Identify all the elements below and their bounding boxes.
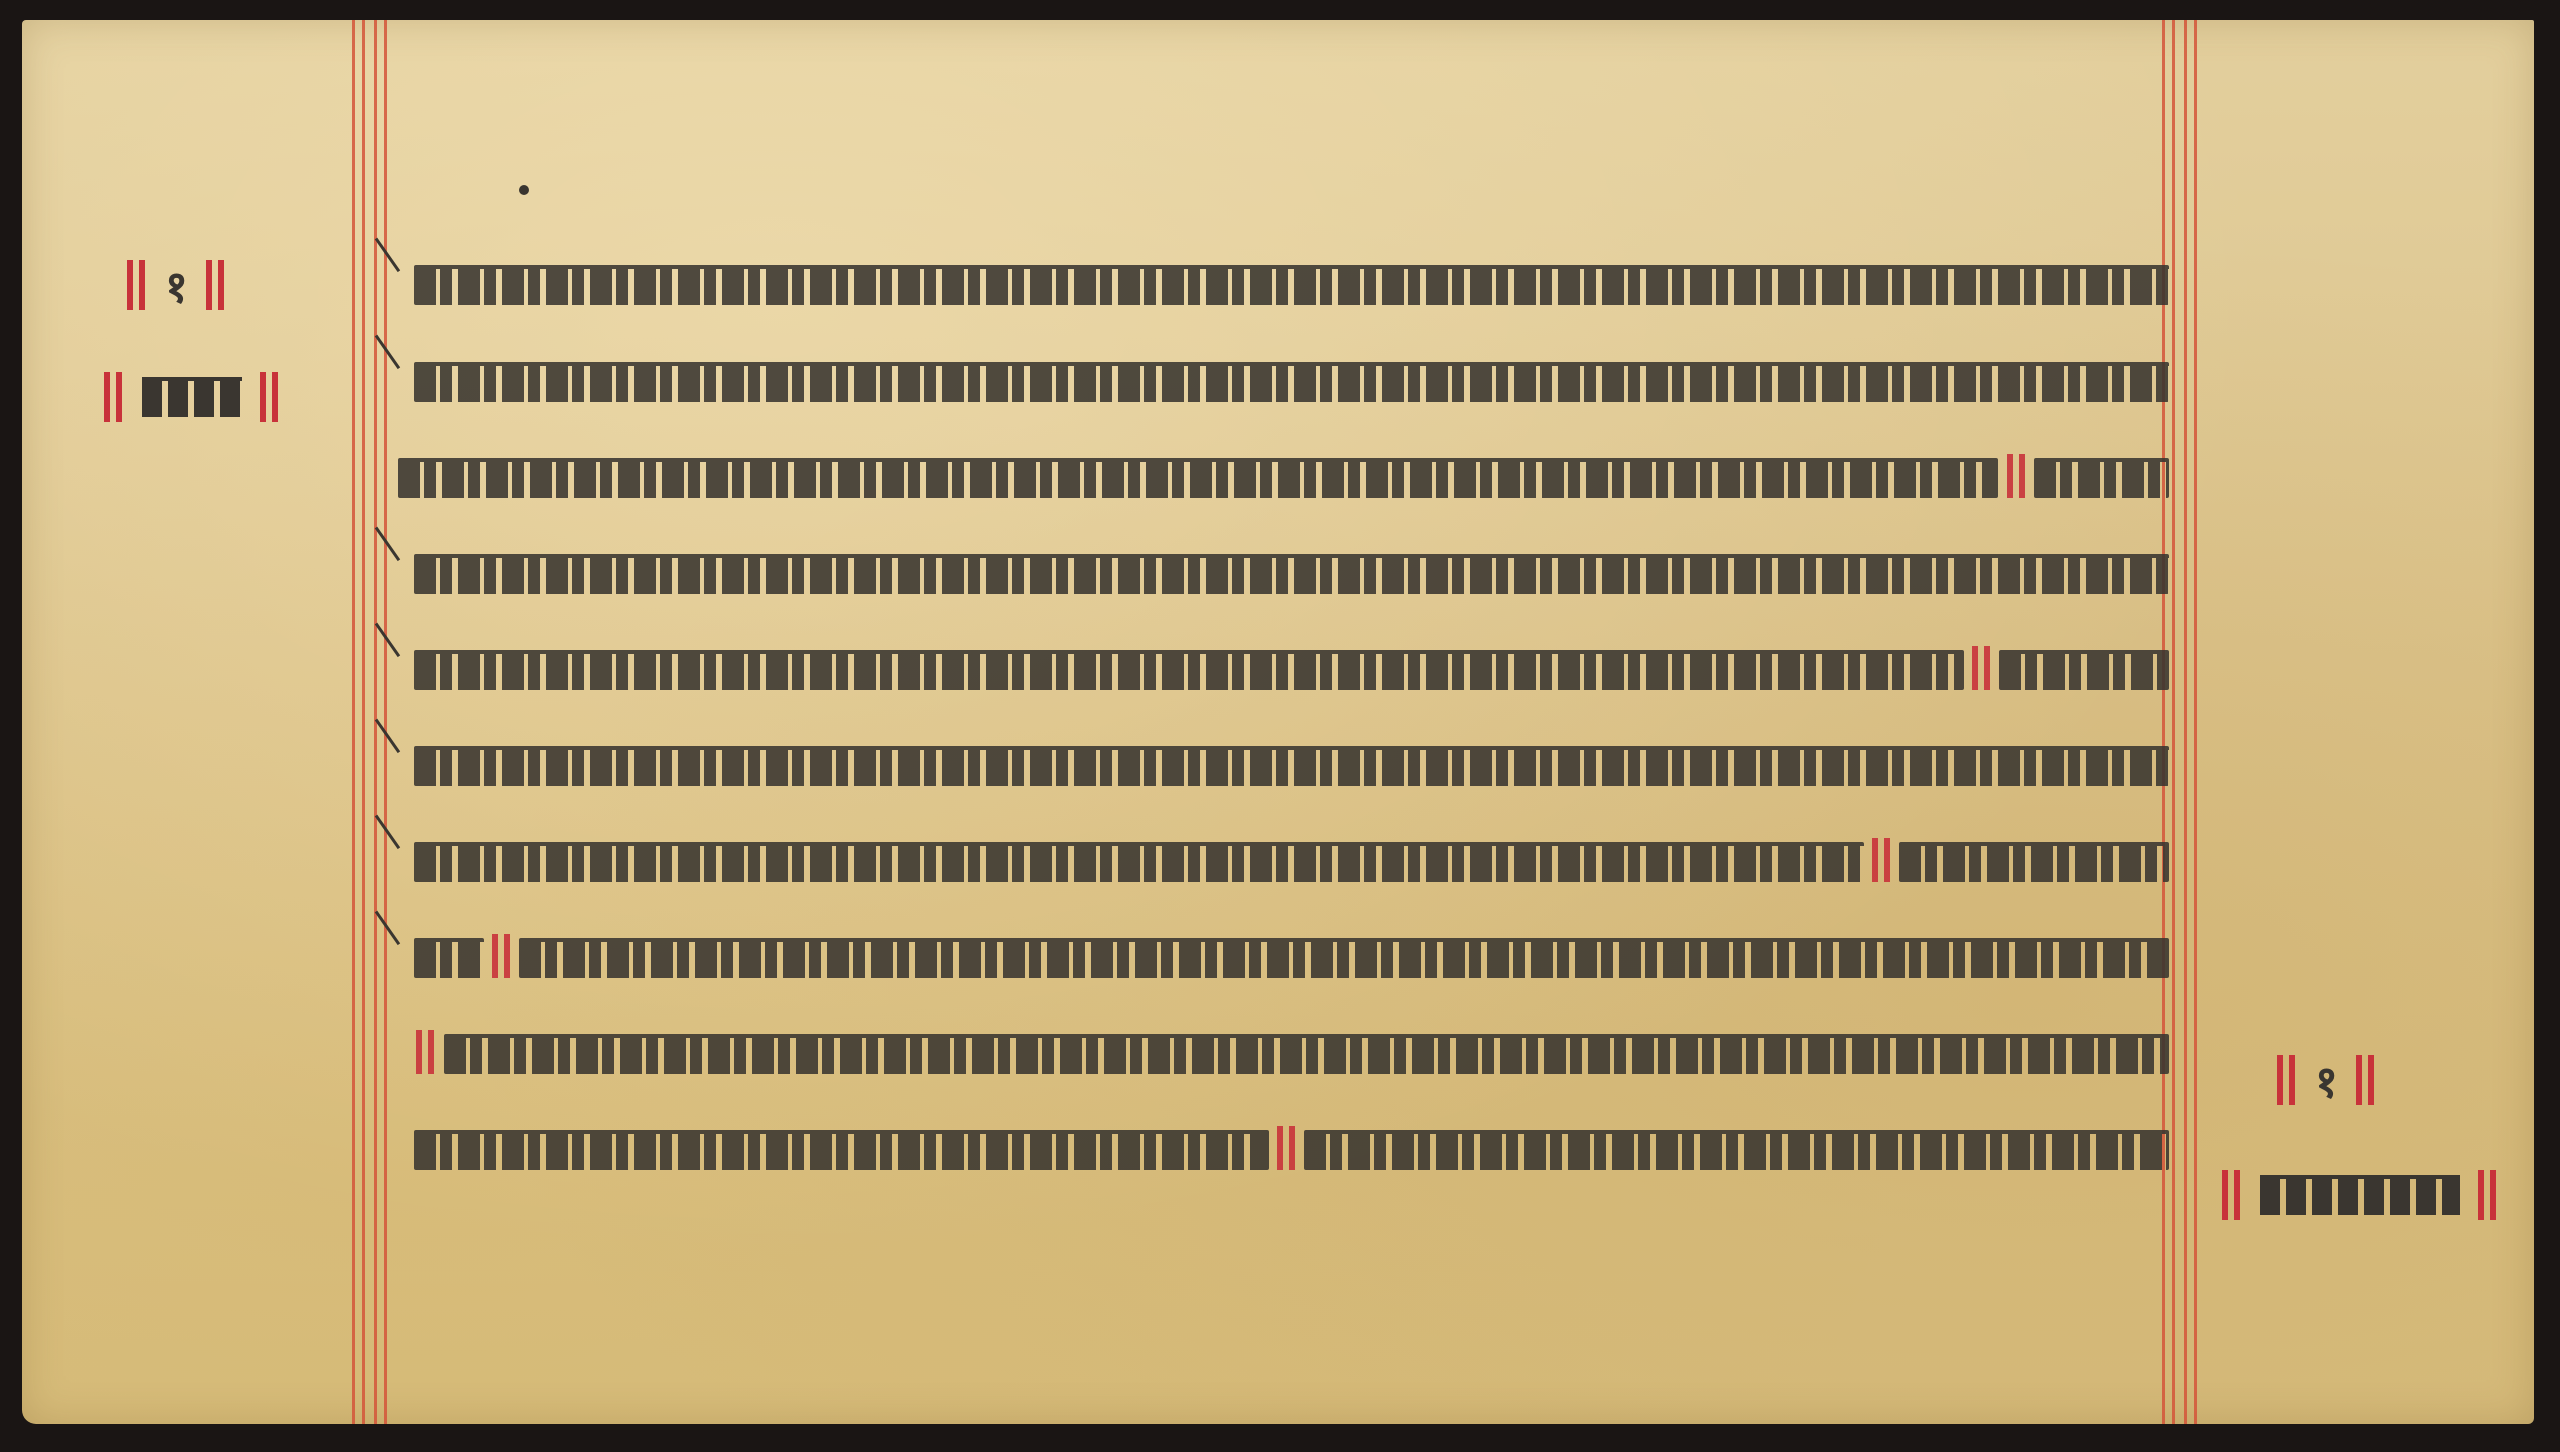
script-text bbox=[1999, 650, 2169, 690]
text-line-8 bbox=[394, 928, 2174, 986]
script-text bbox=[1899, 842, 2169, 882]
script-text bbox=[519, 938, 2169, 978]
double-danda-mark bbox=[2277, 1055, 2297, 1105]
double-danda-mark bbox=[2478, 1170, 2498, 1220]
text-line-5 bbox=[394, 640, 2174, 698]
right-margin-folio-number: १ bbox=[2277, 1050, 2376, 1110]
left-ruling-line bbox=[384, 20, 387, 1424]
line-hook-mark bbox=[375, 911, 400, 945]
margin-label-word bbox=[142, 377, 242, 417]
double-danda-mark bbox=[260, 372, 280, 422]
text-line-9 bbox=[394, 1024, 2174, 1082]
left-margin-label bbox=[104, 372, 280, 422]
double-danda-mark bbox=[2007, 454, 2027, 498]
text-line-6 bbox=[394, 736, 2174, 794]
double-danda-mark bbox=[2222, 1170, 2242, 1220]
double-danda-mark bbox=[1277, 1126, 1297, 1170]
script-text bbox=[414, 842, 1864, 882]
text-block bbox=[394, 20, 2174, 1424]
script-text bbox=[414, 554, 2169, 594]
text-line-7 bbox=[394, 832, 2174, 890]
text-line-2 bbox=[394, 352, 2174, 410]
double-danda-mark bbox=[206, 260, 226, 310]
right-margin-label bbox=[2222, 1170, 2498, 1220]
line-hook-mark bbox=[375, 527, 400, 561]
double-danda-mark bbox=[1972, 646, 1992, 690]
double-danda-mark bbox=[2356, 1055, 2376, 1105]
folio-number: १ bbox=[165, 255, 188, 315]
script-text bbox=[1304, 1130, 2169, 1170]
right-ruling-line bbox=[2184, 20, 2187, 1424]
text-line-1 bbox=[394, 255, 2174, 313]
script-text bbox=[414, 265, 2169, 305]
line-hook-mark bbox=[375, 238, 400, 272]
script-text bbox=[444, 1034, 2169, 1074]
folio-number: १ bbox=[2315, 1050, 2338, 1110]
line-hook-mark bbox=[375, 815, 400, 849]
double-danda-mark bbox=[492, 934, 512, 978]
script-text bbox=[414, 1130, 1269, 1170]
right-ruling-line bbox=[2194, 20, 2197, 1424]
script-text bbox=[414, 362, 2169, 402]
text-line-4 bbox=[394, 544, 2174, 602]
line-hook-mark bbox=[375, 335, 400, 369]
line-hook-mark bbox=[375, 623, 400, 657]
script-text bbox=[414, 746, 2169, 786]
script-text bbox=[2034, 458, 2169, 498]
script-text bbox=[414, 650, 1964, 690]
manuscript-folio: १ १ bbox=[22, 20, 2534, 1424]
left-margin-folio-number: १ bbox=[127, 255, 226, 315]
line-hook-mark bbox=[375, 719, 400, 753]
margin-label-word bbox=[2260, 1175, 2460, 1215]
left-ruling-line bbox=[352, 20, 355, 1424]
script-text bbox=[398, 458, 1998, 498]
double-danda-mark bbox=[127, 260, 147, 310]
double-danda-mark bbox=[1872, 838, 1892, 882]
double-danda-mark bbox=[104, 372, 124, 422]
text-line-3 bbox=[394, 448, 2174, 506]
script-text bbox=[414, 938, 484, 978]
text-line-10 bbox=[394, 1120, 2174, 1178]
double-danda-mark bbox=[416, 1030, 436, 1074]
left-ruling-line bbox=[362, 20, 365, 1424]
